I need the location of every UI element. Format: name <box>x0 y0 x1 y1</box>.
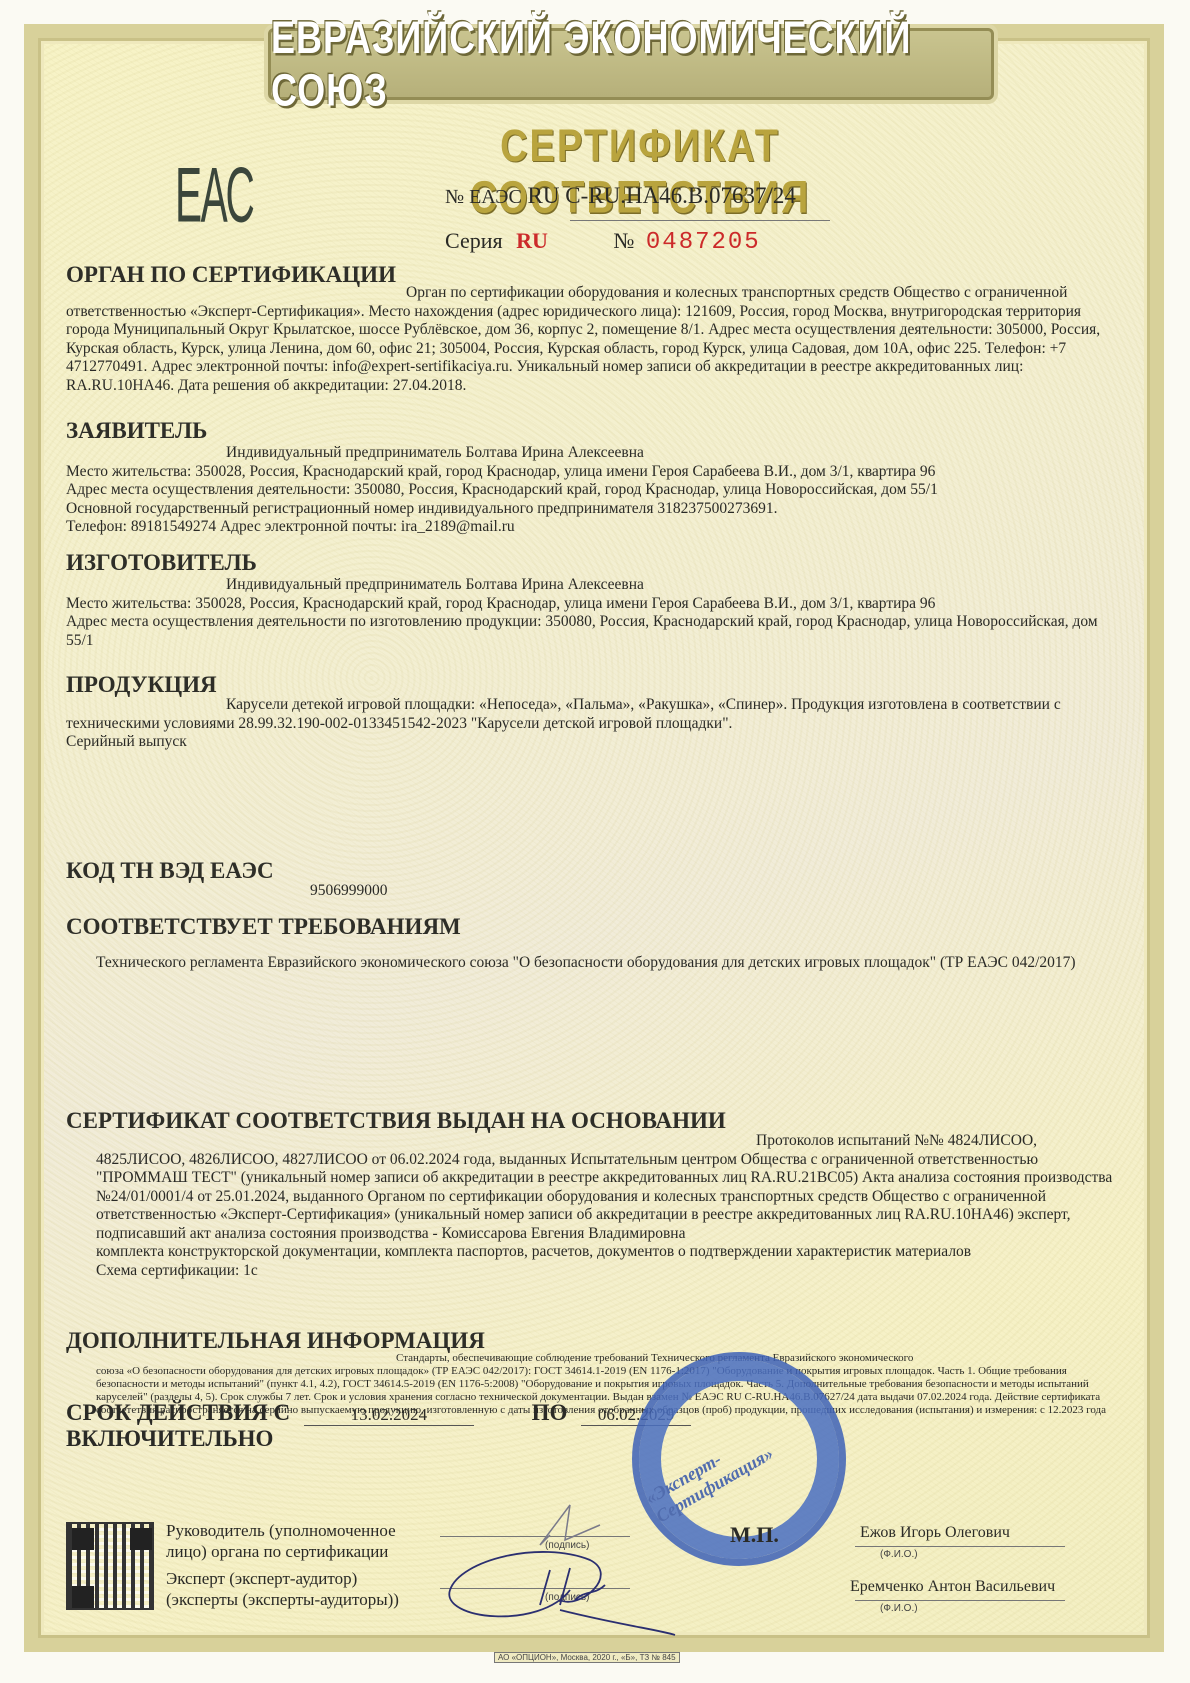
manufacturer-line: Место жительства: 350028, Россия, Красно… <box>66 595 1116 614</box>
head-name: Ежов Игорь Олегович <box>860 1524 1010 1542</box>
basis-text: 4825ЛИСОО, 4826ЛИСОО, 4827ЛИСОО от 06.02… <box>66 1151 1116 1244</box>
section-product: ПРОДУКЦИЯ Карусели детекой игровой площа… <box>66 672 1116 752</box>
section-heading: СЕРТИФИКАТ СООТВЕТСТВИЯ ВЫДАН НА ОСНОВАН… <box>66 1108 726 1133</box>
union-banner: ЕВРАЗИЙСКИЙ ЭКОНОМИЧЕСКИЙ СОЮЗ <box>268 28 994 100</box>
section-heading: ПРОДУКЦИЯ <box>66 672 217 697</box>
signature-expert-icon <box>420 1530 680 1640</box>
applicant-name: Индивидуальный предприниматель Болтава И… <box>66 444 1116 463</box>
expert-label-line: (эксперты (эксперты-аудиторы)) <box>166 1589 399 1610</box>
validity-inclusive-label: ВКЛЮЧИТЕЛЬНО <box>66 1426 691 1452</box>
qr-code-icon <box>66 1522 154 1610</box>
validity-from-label: СРОК ДЕЙСТВИЯ С <box>66 1400 290 1425</box>
section-heading: ДОПОЛНИТЕЛЬНАЯ ИНФОРМАЦИЯ <box>66 1328 485 1353</box>
printer-imprint: АО «ОПЦИОН», Москва, 2020 г., «Б», ТЗ № … <box>494 1652 680 1663</box>
expert-label-line: Эксперт (эксперт-аудитор) <box>166 1568 399 1589</box>
cert-number-value: RU C-RU.HA46.B.07637/24 <box>528 183 796 208</box>
name-caption: (Ф.И.О.) <box>880 1549 918 1560</box>
section-heading: ИЗГОТОВИТЕЛЬ <box>66 550 257 575</box>
section-manufacturer: ИЗГОТОВИТЕЛЬ Индивидуальный предпринимат… <box>66 550 1116 650</box>
form-number-label: № <box>613 228 634 253</box>
basis-first-line: Протоколов испытаний №№ 4824ЛИСОО, <box>66 1132 1116 1151</box>
name-line <box>855 1600 1065 1601</box>
manufacturer-line: Адрес места осуществления деятельности п… <box>66 613 1116 650</box>
stamp-text: «Эксперт-Сертификация» <box>642 1391 836 1527</box>
eac-logo-icon: ЕАС <box>175 150 253 240</box>
head-label-line: Руководитель (уполномоченное <box>166 1520 396 1541</box>
section-heading: КОД ТН ВЭД ЕАЭС <box>66 858 274 883</box>
section-basis: СЕРТИФИКАТ СООТВЕТСТВИЯ ВЫДАН НА ОСНОВАН… <box>66 1108 1116 1280</box>
validity-to-label: ПО <box>532 1400 568 1425</box>
series-label: Серия <box>445 228 503 253</box>
head-label: Руководитель (уполномоченное лицо) орган… <box>166 1520 396 1562</box>
name-line <box>855 1546 1065 1547</box>
document-title: СЕРТИФИКАТ СООТВЕТСТВИЯ <box>340 121 940 224</box>
certification-body-text: Орган по сертификации оборудования и кол… <box>66 284 1116 395</box>
manufacturer-name: Индивидуальный предприниматель Болтава И… <box>66 576 1116 595</box>
product-release: Серийный выпуск <box>66 733 1116 752</box>
seal-label: М.П. <box>730 1522 779 1548</box>
section-hs-code: КОД ТН ВЭД ЕАЭС 9506999000 <box>66 858 1116 901</box>
name-caption: (Ф.И.О.) <box>880 1603 918 1614</box>
section-certification-body: ОРГАН ПО СЕРТИФИКАЦИИ Орган по сертифика… <box>66 262 1116 395</box>
divider <box>570 220 830 221</box>
certification-scheme: Схема сертификации: 1с <box>66 1262 1116 1281</box>
hs-code-value: 9506999000 <box>66 882 1116 901</box>
series-row: Серия RU № 0487205 <box>445 228 761 256</box>
cert-number-label: № ЕАЭС <box>445 186 522 208</box>
form-number-value: 0487205 <box>646 229 761 256</box>
complies-text: Технического регламента Евразийского эко… <box>66 954 1116 973</box>
section-heading: ОРГАН ПО СЕРТИФИКАЦИИ <box>66 262 396 287</box>
applicant-line: Основной государственный регистрационный… <box>66 500 1116 519</box>
validity-row: СРОК ДЕЙСТВИЯ С 13.02.2024 ПО 06.02.2029… <box>66 1400 691 1452</box>
applicant-line: Место жительства: 350028, Россия, Красно… <box>66 463 1116 482</box>
union-banner-text: ЕВРАЗИЙСКИЙ ЭКОНОМИЧЕСКИЙ СОЮЗ <box>271 12 991 117</box>
section-complies: СООТВЕТСТВУЕТ ТРЕБОВАНИЯМ Технического р… <box>66 914 1116 973</box>
series-value: RU <box>516 228 548 253</box>
expert-label: Эксперт (эксперт-аудитор) (эксперты (экс… <box>166 1568 399 1610</box>
basis-docs: комплекта конструкторской документации, … <box>66 1243 1116 1262</box>
applicant-line: Адрес места осуществления деятельности: … <box>66 481 1116 500</box>
product-text: Карусели детекой игровой площадки: «Непо… <box>66 696 1116 733</box>
expert-name: Еремченко Антон Васильевич <box>850 1578 1055 1596</box>
validity-from-date: 13.02.2024 <box>304 1405 474 1426</box>
head-label-line: лицо) органа по сертификации <box>166 1541 396 1562</box>
applicant-line: Телефон: 89181549274 Адрес электронной п… <box>66 518 1116 537</box>
section-heading: ЗАЯВИТЕЛЬ <box>66 418 207 443</box>
additional-first-line: Стандарты, обеспечивающие соблюдение тре… <box>66 1352 1116 1365</box>
section-heading: СООТВЕТСТВУЕТ ТРЕБОВАНИЯМ <box>66 914 461 939</box>
cert-number: № ЕАЭС RU C-RU.HA46.B.07637/24 <box>445 183 796 209</box>
section-applicant: ЗАЯВИТЕЛЬ Индивидуальный предприниматель… <box>66 418 1116 537</box>
